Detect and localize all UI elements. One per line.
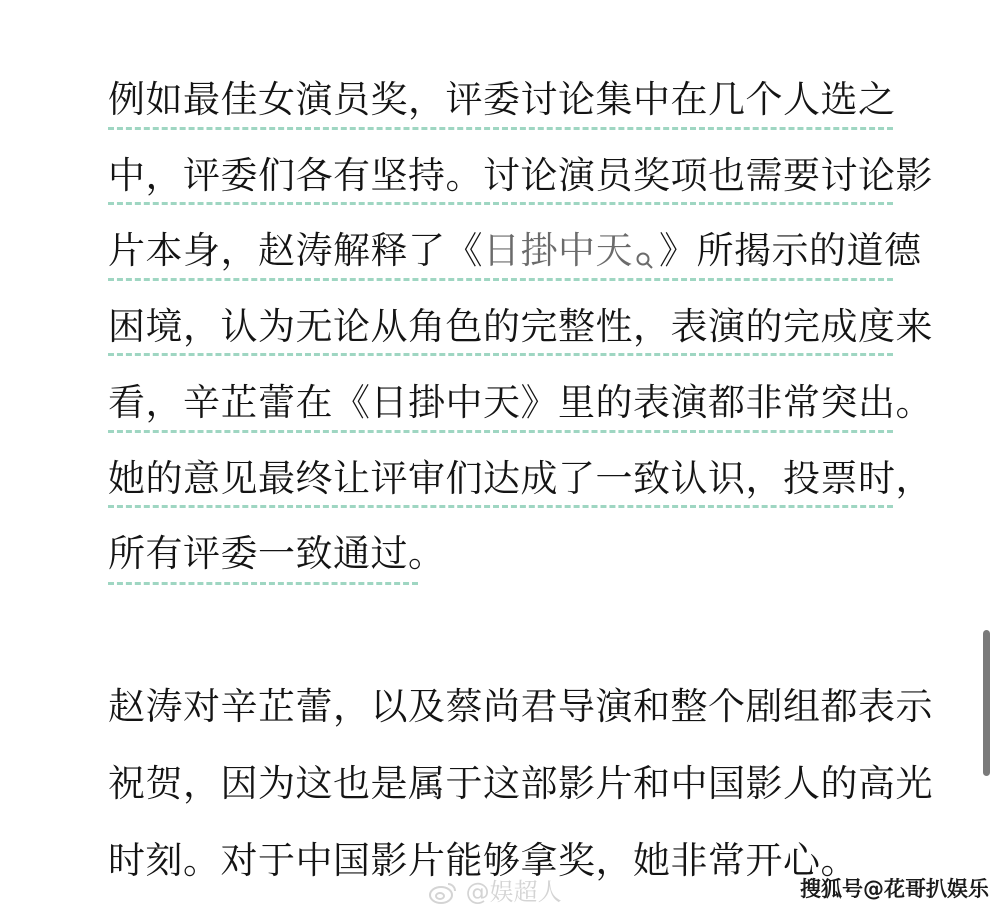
weibo-watermark-text: @娱超人: [466, 878, 562, 906]
paragraph-1-line-5: 看，辛芷蕾在《日掛中天》里的表演都非常突出。: [108, 373, 933, 433]
line-3-head: 片本身，赵涛解释了: [108, 229, 446, 272]
paragraph-1-line-2: 中，评委们各有坚持。讨论演员奖项也需要讨论影: [108, 146, 933, 206]
dashed-underline: [108, 202, 893, 205]
paragraph-1-line-6: 她的意见最终让评审们达成了一致认识，投票时，: [108, 449, 933, 509]
paragraph-2-line-1: 赵涛对辛芷蕾，以及蔡尚君导演和整个剧组都表示: [108, 677, 933, 737]
dashed-underline: [108, 582, 418, 585]
drama-title-link[interactable]: 日掛中天: [483, 229, 659, 272]
dashed-underline: [108, 278, 893, 281]
paragraph-1-line-7: 所有评委一致通过。: [108, 524, 446, 584]
open-quote: 《: [446, 229, 484, 272]
dashed-underline: [108, 430, 893, 433]
close-quote: 》: [659, 229, 697, 272]
dashed-underline: [108, 353, 893, 356]
paragraph-1-line-1: 例如最佳女演员奖，评委讨论集中在几个人选之: [108, 70, 896, 130]
sohu-watermark: 搜狐号@花哥扒娱乐: [800, 873, 989, 903]
scrollbar-thumb[interactable]: [983, 630, 990, 776]
line-3-tail: 所揭示的道德: [697, 229, 922, 272]
weibo-logo-icon: [428, 881, 458, 905]
paragraph-1-line-4: 困境，认为无论从角色的完整性，表演的完成度来: [108, 297, 933, 357]
paragraph-2-line-2: 祝贺，因为这也是属于这部影片和中国影人的高光: [108, 754, 933, 814]
dashed-underline: [108, 505, 893, 508]
paragraph-1-line-3: 片本身，赵涛解释了《日掛中天》所揭示的道德: [108, 221, 922, 281]
drama-title-link-label: 日掛中天: [483, 229, 633, 272]
dashed-underline: [108, 127, 893, 130]
search-icon[interactable]: [635, 229, 655, 249]
weibo-watermark: @娱超人: [428, 872, 562, 907]
